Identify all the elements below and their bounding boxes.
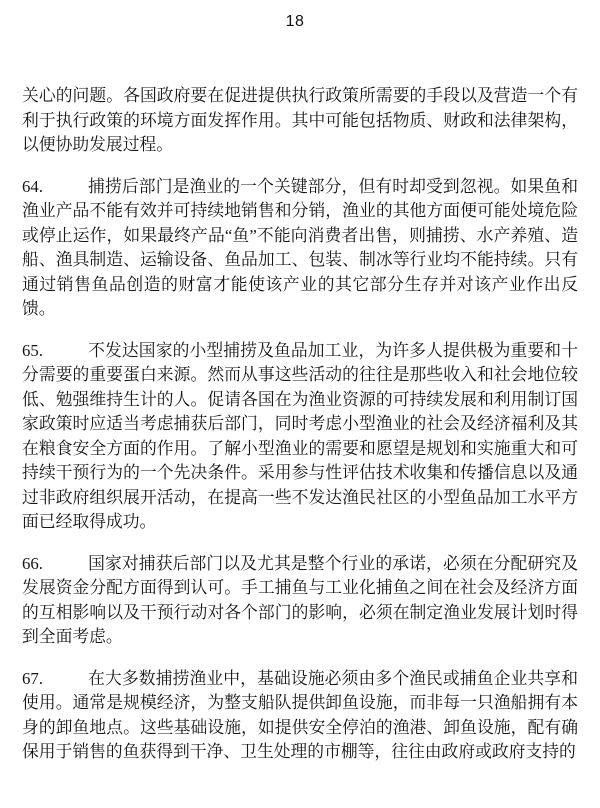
- paragraph-number: 66.: [22, 552, 88, 577]
- document-page: 18 关心的问题。各国政府要在促进提供执行政策所需要的手段以及营造一个有利于执行…: [0, 0, 600, 808]
- paragraph-number: 65.: [22, 339, 88, 364]
- paragraph-number: 67.: [22, 667, 88, 692]
- paragraph-text: 不发达国家的小型捕捞及鱼品加工业，为许多人提供极为重要和十分需要的重要蛋白来源。…: [22, 341, 578, 532]
- paragraph-text: 关心的问题。各国政府要在促进提供执行政策所需要的手段以及营造一个有利于执行政策的…: [22, 86, 578, 154]
- paragraph: 关心的问题。各国政府要在促进提供执行政策所需要的手段以及营造一个有利于执行政策的…: [22, 84, 578, 158]
- paragraph: 64.捕捞后部门是渔业的一个关键部分，但有时却受到忽视。如果鱼和渔业产品不能有效…: [22, 175, 578, 322]
- paragraph-text: 在大多数捕捞渔业中，基础设施必须由多个渔民或捕鱼企业共享和使用。通常是规模经济，…: [22, 669, 578, 762]
- paragraph: 67.在大多数捕捞渔业中，基础设施必须由多个渔民或捕鱼企业共享和使用。通常是规模…: [22, 667, 578, 765]
- paragraph: 65.不发达国家的小型捕捞及鱼品加工业，为许多人提供极为重要和十分需要的重要蛋白…: [22, 339, 578, 535]
- paragraph-number: 64.: [22, 175, 88, 200]
- page-number: 18: [0, 13, 590, 31]
- paragraph-text: 捕捞后部门是渔业的一个关键部分，但有时却受到忽视。如果鱼和渔业产品不能有效并可持…: [22, 177, 578, 319]
- paragraph: 66.国家对捕获后部门以及尤其是整个行业的承诺，必须在分配研究及发展资金分配方面…: [22, 552, 578, 650]
- paragraph-text: 国家对捕获后部门以及尤其是整个行业的承诺，必须在分配研究及发展资金分配方面得到认…: [22, 554, 578, 647]
- text-body: 关心的问题。各国政府要在促进提供执行政策所需要的手段以及营造一个有利于执行政策的…: [22, 84, 578, 782]
